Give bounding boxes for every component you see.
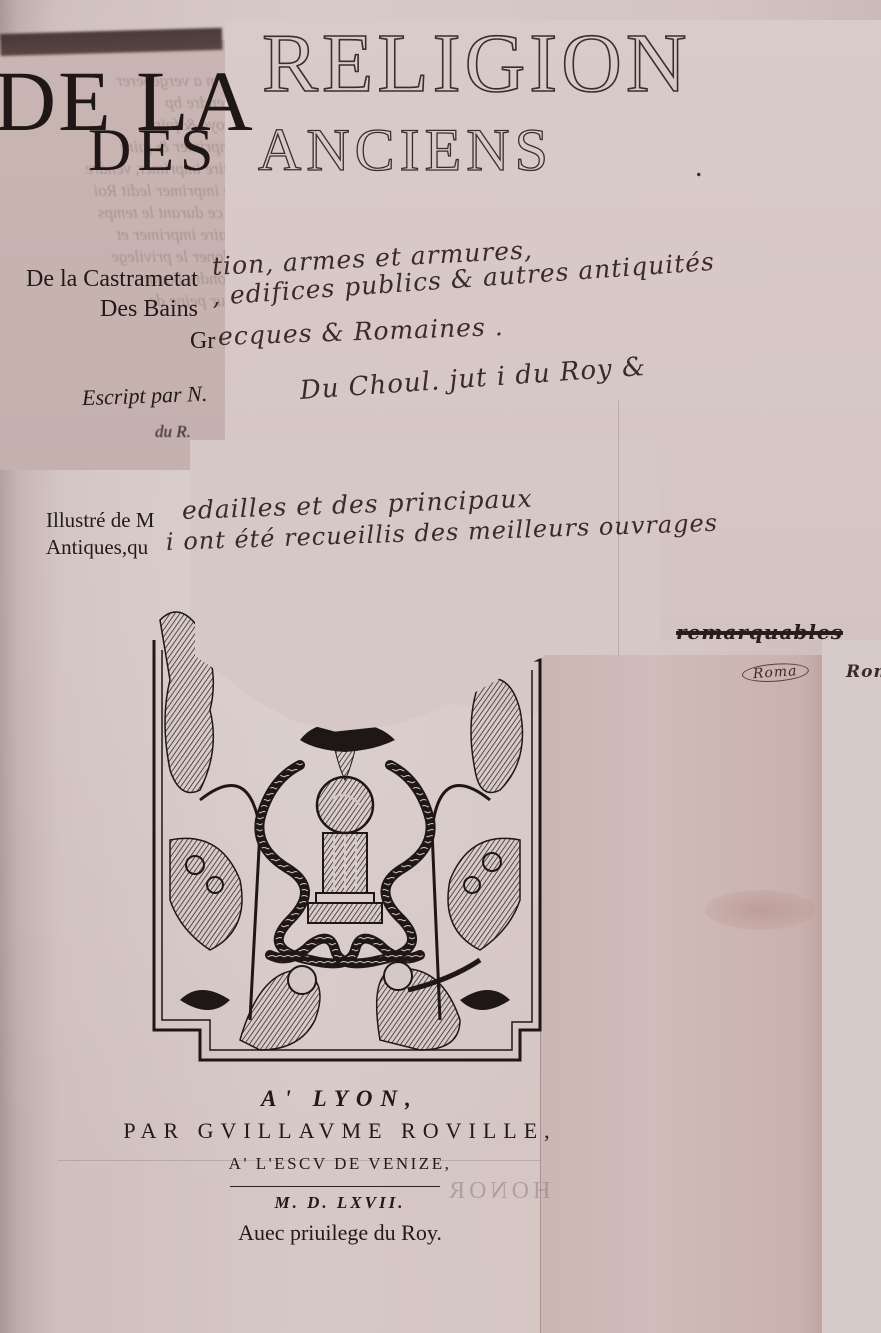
author-printed-line2: du R. <box>155 422 191 442</box>
subtitle-printed-castrametation: De la Castrametat <box>26 266 198 293</box>
struck-through-annotation: remarquables <box>676 620 843 644</box>
right-edge-annotation: Rom <box>846 662 881 682</box>
antiques-printed: Antiques,qu <box>46 535 148 560</box>
title-printed-des: DES <box>88 120 219 180</box>
subtitle-printed-grecques: Gr <box>190 328 215 355</box>
imprint-year: M. D. LXVII. <box>60 1193 620 1213</box>
imprint-sign: A' L'ESCV DE VENIZE, <box>60 1154 620 1174</box>
imprint-printer: PAR GVILLAVME ROVILLE, <box>60 1118 620 1144</box>
imprint-rule <box>230 1186 440 1187</box>
illustre-printed: Illustré de M <box>46 508 154 533</box>
title-dot: . <box>695 150 703 184</box>
title-outlined-religion: RELIGION <box>262 22 691 106</box>
right-margin-sheet <box>822 640 881 1333</box>
imprint-city: A' LYON, <box>60 1086 620 1112</box>
subtitle-printed-bains: Des Bains <box>100 296 198 323</box>
foxing-stain <box>705 890 815 930</box>
title-outlined-anciens: ANCIENS <box>258 120 553 180</box>
author-printed: Escript par N. <box>82 381 208 411</box>
imprint-privilege: Auec priuilege du Roy. <box>60 1220 620 1246</box>
